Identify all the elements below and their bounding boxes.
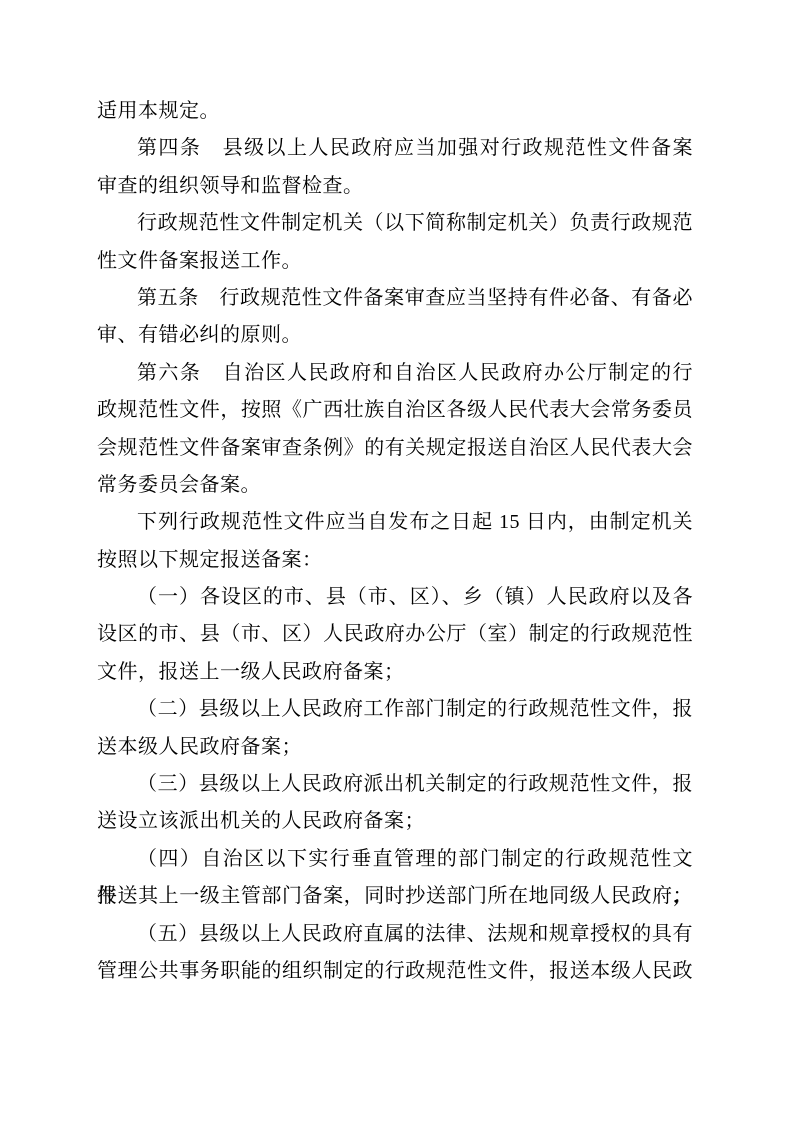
paragraph: 适用本规定。 [97,93,693,130]
paragraph-item-3: （三）县级以上人民政府派出机关制定的行政规范性文件，报 送设立该派出机关的人民政… [97,766,693,841]
text-line: 设区的市、县（市、区）人民政府办公厅（室）制定的行政规范性 [97,616,693,653]
text-line: （四）自治区以下实行垂直管理的部门制定的行政规范性文件， [97,841,693,878]
text-line: 审、有错必纠的原则。 [97,317,693,354]
text-line: 适用本规定。 [97,93,693,130]
paragraph: 下列行政规范性文件应当自发布之日起 15 日内，由制定机关 按照以下规定报送备案… [97,504,693,579]
paragraph-article-5: 第五条 行政规范性文件备案审查应当坚持有件必备、有备必 审、有错必纠的原则。 [97,280,693,355]
text-line: 会规范性文件备案审查条例》的有关规定报送自治区人民代表大会 [97,430,693,467]
text-line: 送本级人民政府备案； [97,729,693,766]
document-page: 适用本规定。 第四条 县级以上人民政府应当加强对行政规范性文件备案 审查的组织领… [0,0,793,1122]
text-line: 送设立该派出机关的人民政府备案； [97,803,693,840]
text-line: （一）各设区的市、县（市、区）、乡（镇）人民政府以及各 [97,579,693,616]
text-line: 第四条 县级以上人民政府应当加强对行政规范性文件备案 [97,130,693,167]
paragraph-item-1: （一）各设区的市、县（市、区）、乡（镇）人民政府以及各 设区的市、县（市、区）人… [97,579,693,691]
document-text-block: 适用本规定。 第四条 县级以上人民政府应当加强对行政规范性文件备案 审查的组织领… [97,93,693,990]
paragraph: 行政规范性文件制定机关（以下简称制定机关）负责行政规范 性文件备案报送工作。 [97,205,693,280]
text-line: 下列行政规范性文件应当自发布之日起 15 日内，由制定机关 [97,504,693,541]
text-line: 常务委员会备案。 [97,467,693,504]
text-line: （五）县级以上人民政府直属的法律、法规和规章授权的具有 [97,916,693,953]
text-line: 性文件备案报送工作。 [97,243,693,280]
text-line: 第六条 自治区人民政府和自治区人民政府办公厅制定的行 [97,355,693,392]
text-line: 管理公共事务职能的组织制定的行政规范性文件，报送本级人民政 [97,953,693,990]
paragraph-article-6: 第六条 自治区人民政府和自治区人民政府办公厅制定的行 政规范性文件，按照《广西壮… [97,355,693,505]
text-line: 报送其上一级主管部门备案，同时抄送部门所在地同级人民政府； [97,878,693,915]
paragraph-item-5: （五）县级以上人民政府直属的法律、法规和规章授权的具有 管理公共事务职能的组织制… [97,916,693,991]
text-line: 第五条 行政规范性文件备案审查应当坚持有件必备、有备必 [97,280,693,317]
paragraph-item-4: （四）自治区以下实行垂直管理的部门制定的行政规范性文件， 报送其上一级主管部门备… [97,841,693,916]
text-line: 审查的组织领导和监督检查。 [97,168,693,205]
text-line: （二）县级以上人民政府工作部门制定的行政规范性文件，报 [97,691,693,728]
paragraph-article-4: 第四条 县级以上人民政府应当加强对行政规范性文件备案 审查的组织领导和监督检查。 [97,130,693,205]
text-line: 按照以下规定报送备案： [97,542,693,579]
text-line: （三）县级以上人民政府派出机关制定的行政规范性文件，报 [97,766,693,803]
paragraph-item-2: （二）县级以上人民政府工作部门制定的行政规范性文件，报 送本级人民政府备案； [97,691,693,766]
text-line: 行政规范性文件制定机关（以下简称制定机关）负责行政规范 [97,205,693,242]
text-line: 文件，报送上一级人民政府备案； [97,654,693,691]
text-line: 政规范性文件，按照《广西壮族自治区各级人民代表大会常务委员 [97,392,693,429]
